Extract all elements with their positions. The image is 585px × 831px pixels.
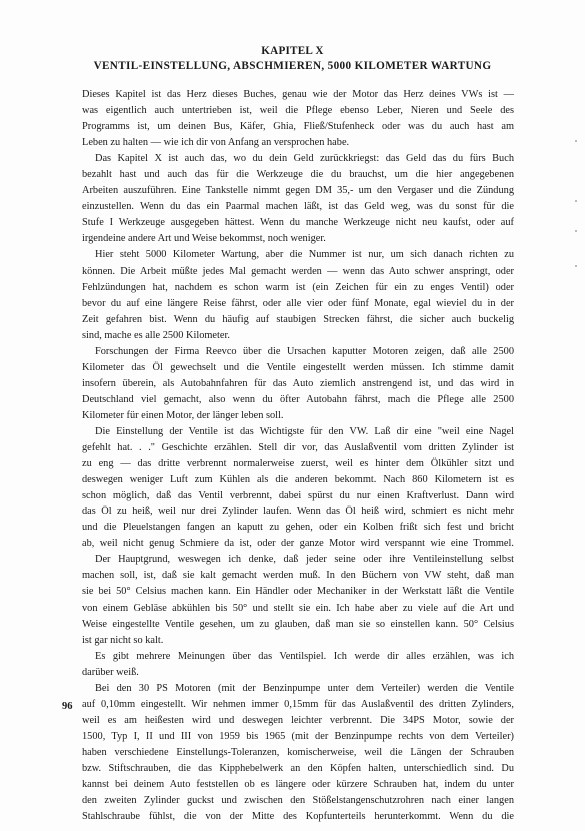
text-line: insofern überein, als Autobahnfahren für…: [82, 376, 514, 392]
text-line: einzustellen. Wenn du das ein Paarmal ma…: [82, 199, 514, 215]
scan-speck: [575, 265, 577, 267]
text-line: Programms ist, um deinen Bus, Käfer, Ghi…: [82, 119, 514, 135]
text-line: darüber weiß.: [82, 665, 514, 681]
text-line: bzw. Stiftschrauben, die das Kipphebelwe…: [82, 761, 514, 777]
text-line: können. Die Arbeit müßte jedes Mal gemac…: [82, 264, 514, 280]
text-line: Arbeiten auszuführen. Eine Tankstelle ni…: [82, 183, 514, 199]
text-line: Deutschland viel gemacht, also wenn du ö…: [82, 392, 514, 408]
text-line: deswegen weniger Luft zum Kühlen als die…: [82, 472, 514, 488]
text-line: Die Einstellung der Ventile ist das Wich…: [82, 424, 514, 440]
chapter-title: VENTIL-EINSTELLUNG, ABSCHMIEREN, 5000 KI…: [0, 60, 585, 72]
text-line: Stufe I Werkzeuge ausgegeben hättest. We…: [82, 215, 514, 231]
text-line: bezahlt hast und auch das für die Werkze…: [82, 167, 514, 183]
text-line: machen soll, ist, daß sie kalt gemacht w…: [82, 568, 514, 584]
text-line: Hier steht 5000 Kilometer Wartung, aber …: [82, 247, 514, 263]
text-line: das Öl zu heiß, weil nur drei Zylinder l…: [82, 504, 514, 520]
text-line: Dieses Kapitel ist das Herz dieses Buche…: [82, 87, 514, 103]
text-line: Leben zu halten — wie ich dir von Anfang…: [82, 135, 514, 151]
text-line: Bei den 30 PS Motoren (mit der Benzinpum…: [82, 681, 514, 697]
body-text: Dieses Kapitel ist das Herz dieses Buche…: [82, 87, 514, 825]
text-line: von einem Gebläse abkühlen bis 50° und s…: [82, 601, 514, 617]
text-line: schon möglich, daß das Ventil verbrennt,…: [82, 488, 514, 504]
text-line: sie bei 50° Celsius machen kann. Ein Hän…: [82, 584, 514, 600]
text-line: Es gibt mehrere Meinungen über das Venti…: [82, 649, 514, 665]
text-line: Weise eingestellte Ventile gesehen, um z…: [82, 617, 514, 633]
text-line: und die Pleuelstangen fangen an kaputt z…: [82, 520, 514, 536]
text-line: Kilometer für einen Motor, der länger le…: [82, 408, 514, 424]
text-line: Fehlzündungen hat, nachdem es schon warm…: [82, 280, 514, 296]
text-line: bevor du auf eine längere Reise fährst, …: [82, 296, 514, 312]
text-line: haben verschiedene Einstellungs-Toleranz…: [82, 745, 514, 761]
text-line: Zeit gefahren bist. Wenn du häufig auf s…: [82, 312, 514, 328]
scan-speck: [575, 200, 577, 202]
chapter-number: KAPITEL X: [0, 45, 585, 57]
text-line: Der Hauptgrund, weswegen ich denke, daß …: [82, 552, 514, 568]
text-line: auf 0,10mm eingestellt. Wir nehmen immer…: [82, 697, 514, 713]
page-number: 96: [62, 701, 73, 712]
scan-speck: [575, 230, 577, 232]
text-line: kannst bei deinem Auto feststellen ob es…: [82, 777, 514, 793]
text-line: ab, weil nicht genug Schmiere da ist, od…: [82, 536, 514, 552]
text-line: zu eng — das dritte verbrennt normalerwe…: [82, 456, 514, 472]
text-line: Kilometer das Öl gewechselt und die Vent…: [82, 360, 514, 376]
text-line: irgendeine andere Art und Weise bekommst…: [82, 231, 514, 247]
text-line: was eigentlich auch untertrieben ist, we…: [82, 103, 514, 119]
text-line: Forschungen der Firma Reevco über die Ur…: [82, 344, 514, 360]
text-line: Das Kapitel X ist auch das, wo du dein G…: [82, 151, 514, 167]
text-line: 1500, Typ I, II und III von 1959 bis 196…: [82, 729, 514, 745]
text-line: gefehlt hat. . ." Geschichte erzählen. S…: [82, 440, 514, 456]
text-line: Stahlschraube fühlst, die von der Mitte …: [82, 809, 514, 825]
text-line: ist gar nicht so kalt.: [82, 633, 514, 649]
book-page: KAPITEL X VENTIL-EINSTELLUNG, ABSCHMIERE…: [0, 0, 585, 831]
scan-speck: [575, 140, 577, 142]
text-line: weil es am heißesten wird und deswegen l…: [82, 713, 514, 729]
text-line: den zweiten Zylinder guckst und zwischen…: [82, 793, 514, 809]
text-line: sind, mache es alle 2500 Kilometer.: [82, 328, 514, 344]
